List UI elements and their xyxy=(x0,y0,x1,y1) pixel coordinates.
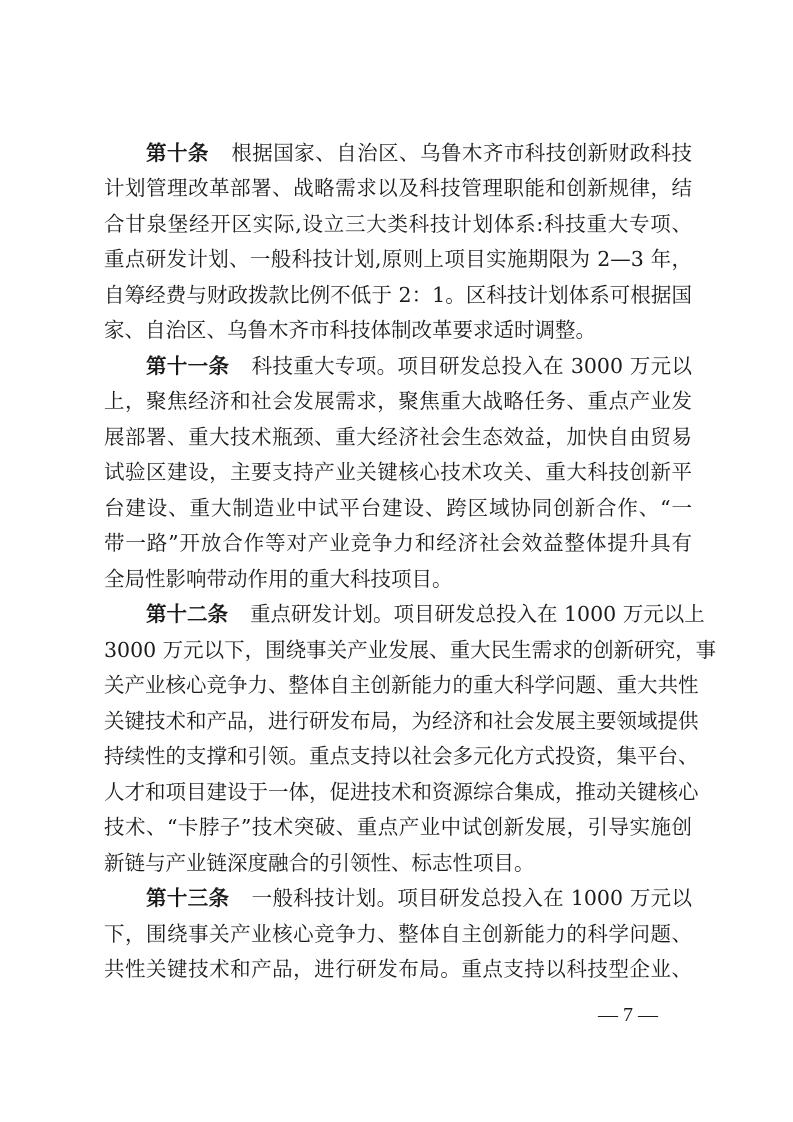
article-12-first-line: 第十二条重点研发计划。项目研发总投入在 1000 万元以上 xyxy=(146,599,692,629)
paragraph-text: 重点研发计划。项目研发总投入在 1000 万元以上 xyxy=(250,602,705,626)
paragraph-line: 关键技术和产品，进行研发布局，为经济和社会发展主要领域提供 xyxy=(104,706,692,736)
article-heading: 第十一条 xyxy=(146,354,229,378)
article-13-first-line: 第十三条一般科技计划。项目研发总投入在 1000 万元以 xyxy=(146,883,692,913)
paragraph-line: 带一路”开放合作等对产业竞争力和经济社会效益整体提升具有 xyxy=(104,528,692,558)
paragraph-line: 新链与产业链深度融合的引领性、标志性项目。 xyxy=(104,848,692,878)
paragraph-line: 台建设、重大制造业中试平台建设、跨区域协同创新合作、“一 xyxy=(104,493,692,523)
paragraph-line: 全局性影响带动作用的重大科技项目。 xyxy=(104,564,692,594)
paragraph-line: 上，聚焦经济和社会发展需求，聚焦重大战略任务、重点产业发 xyxy=(104,386,692,416)
paragraph-text: 根据国家、自治区、乌鲁木齐市科技创新财政科技 xyxy=(231,141,692,165)
article-10-first-line: 第十条根据国家、自治区、乌鲁木齐市科技创新财政科技 xyxy=(146,138,692,168)
article-heading: 第十二条 xyxy=(146,602,228,626)
paragraph-line: 3000 万元以下，围绕事关产业发展、重大民生需求的创新研究，事 xyxy=(104,635,692,665)
paragraph-text: 一般科技计划。项目研发总投入在 1000 万元以 xyxy=(251,886,692,910)
paragraph-line: 试验区建设，主要支持产业关键核心技术攻关、重大科技创新平 xyxy=(104,457,692,487)
paragraph-text: 科技重大专项。项目研发总投入在 3000 万元以 xyxy=(251,354,692,378)
article-heading: 第十三条 xyxy=(146,886,229,910)
paragraph-line: 展部署、重大技术瓶颈、重大经济社会生态效益，加快自由贸易 xyxy=(104,422,692,452)
document-page: 第十条根据国家、自治区、乌鲁木齐市科技创新财政科技 计划管理改革部署、战略需求以… xyxy=(0,0,793,1122)
paragraph-line: 共性关键技术和产品，进行研发布局。重点支持以科技型企业、 xyxy=(104,954,692,984)
paragraph-line: 家、自治区、乌鲁木齐市科技体制改革要求适时调整。 xyxy=(104,315,692,345)
paragraph-line: 关产业核心竞争力、整体自主创新能力的重大科学问题、重大共性 xyxy=(104,670,692,700)
paragraph-line: 技术、“卡脖子”技术突破、重点产业中试创新发展，引导实施创 xyxy=(104,812,692,842)
page-number: — 7 — xyxy=(598,1004,658,1027)
article-11-first-line: 第十一条科技重大专项。项目研发总投入在 3000 万元以 xyxy=(146,351,692,381)
paragraph-line: 人才和项目建设于一体，促进技术和资源综合集成，推动关键核心 xyxy=(104,777,692,807)
paragraph-line: 下，围绕事关产业核心竞争力、整体自主创新能力的科学问题、 xyxy=(104,919,692,949)
paragraph-line: 持续性的支撑和引领。重点支持以社会多元化方式投资，集平台、 xyxy=(104,741,692,771)
paragraph-line: 自筹经费与财政拨款比例不低于 2：1。区科技计划体系可根据国 xyxy=(104,280,692,310)
paragraph-line: 合甘泉堡经开区实际,设立三大类科技计划体系:科技重大专项、 xyxy=(104,209,692,239)
paragraph-line: 计划管理改革部署、战略需求以及科技管理职能和创新规律，结 xyxy=(104,173,692,203)
article-heading: 第十条 xyxy=(146,141,209,165)
paragraph-line: 重点研发计划、一般科技计划,原则上项目实施期限为 2—3 年， xyxy=(104,244,692,274)
